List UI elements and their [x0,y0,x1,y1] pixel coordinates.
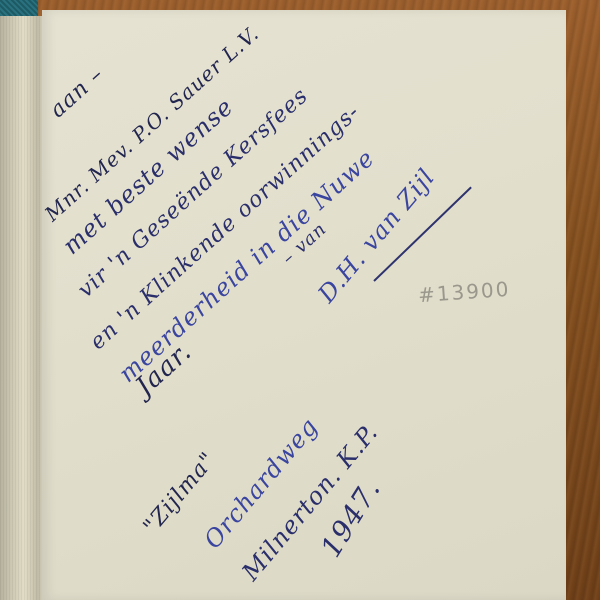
page-edge-lines [0,16,42,600]
inscription-line-2: Mnr. Mev. P.O. Sauer L.V. [40,21,264,226]
inscription-line-1: aan – [45,62,109,123]
address-street: Orchardweg [199,412,324,554]
pencil-catalog-number: #13900 [417,277,511,307]
endpaper-page: aan – Mnr. Mev. P.O. Sauer L.V. met best… [42,10,566,600]
